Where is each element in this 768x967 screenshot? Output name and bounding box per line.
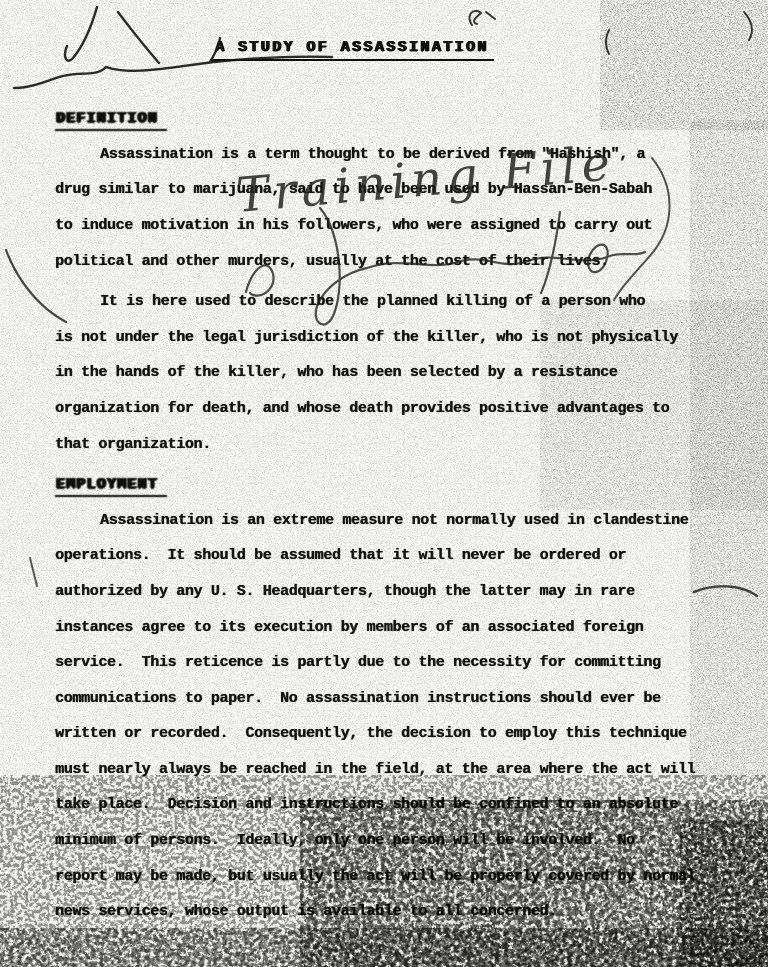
document-line: that organization. xyxy=(55,427,713,463)
heading-row-employment: EMPLOYMENT xyxy=(55,467,713,503)
document-line: to induce motivation in his followers, w… xyxy=(55,208,713,244)
document-line: organization for death, and whose death … xyxy=(55,391,713,427)
document-line: report may be made, but usually the act … xyxy=(55,859,713,895)
document-line: in the hands of the killer, who has been… xyxy=(55,355,713,391)
document-body: A STUDY OF ASSASSINATION DEFINITION Assa… xyxy=(0,0,768,930)
document-line: written or recorded. Consequently, the d… xyxy=(55,716,713,752)
document-line: drug similar to marijuana, said to have … xyxy=(55,172,713,208)
document-line: service. This reticence is partly due to… xyxy=(55,645,713,681)
section-heading-definition: DEFINITION xyxy=(55,110,167,131)
document-line: instances agree to its execution by memb… xyxy=(55,610,713,646)
document-line: Assassination is an extreme measure not … xyxy=(55,503,713,539)
section-heading-employment: EMPLOYMENT xyxy=(55,476,167,497)
document-line: communications to paper. No assassinatio… xyxy=(55,681,713,717)
document-line: operations. It should be assumed that it… xyxy=(55,538,713,574)
document-line: Assassination is a term thought to be de… xyxy=(55,137,713,173)
document-line: take place. Decision and instructions sh… xyxy=(55,787,713,823)
document-line: It is here used to describe the planned … xyxy=(55,284,713,320)
spacer-row xyxy=(55,66,713,102)
document-line: authorized by any U. S. Headquarters, th… xyxy=(55,574,713,610)
scanned-document-page: A STUDY OF ASSASSINATION DEFINITION Assa… xyxy=(0,0,768,967)
document-title: A STUDY OF ASSASSINATION xyxy=(210,38,494,61)
document-line: minimum of persons. Ideally, only one pe… xyxy=(55,823,713,859)
document-line: political and other murders, usually at … xyxy=(55,244,713,280)
document-line: must nearly always be reached in the fie… xyxy=(55,752,713,788)
title-row: A STUDY OF ASSASSINATION xyxy=(23,30,681,66)
document-line: is not under the legal jurisdiction of t… xyxy=(55,320,713,356)
document-line: news services, whose output is available… xyxy=(55,894,713,930)
heading-row-definition: DEFINITION xyxy=(55,101,713,137)
